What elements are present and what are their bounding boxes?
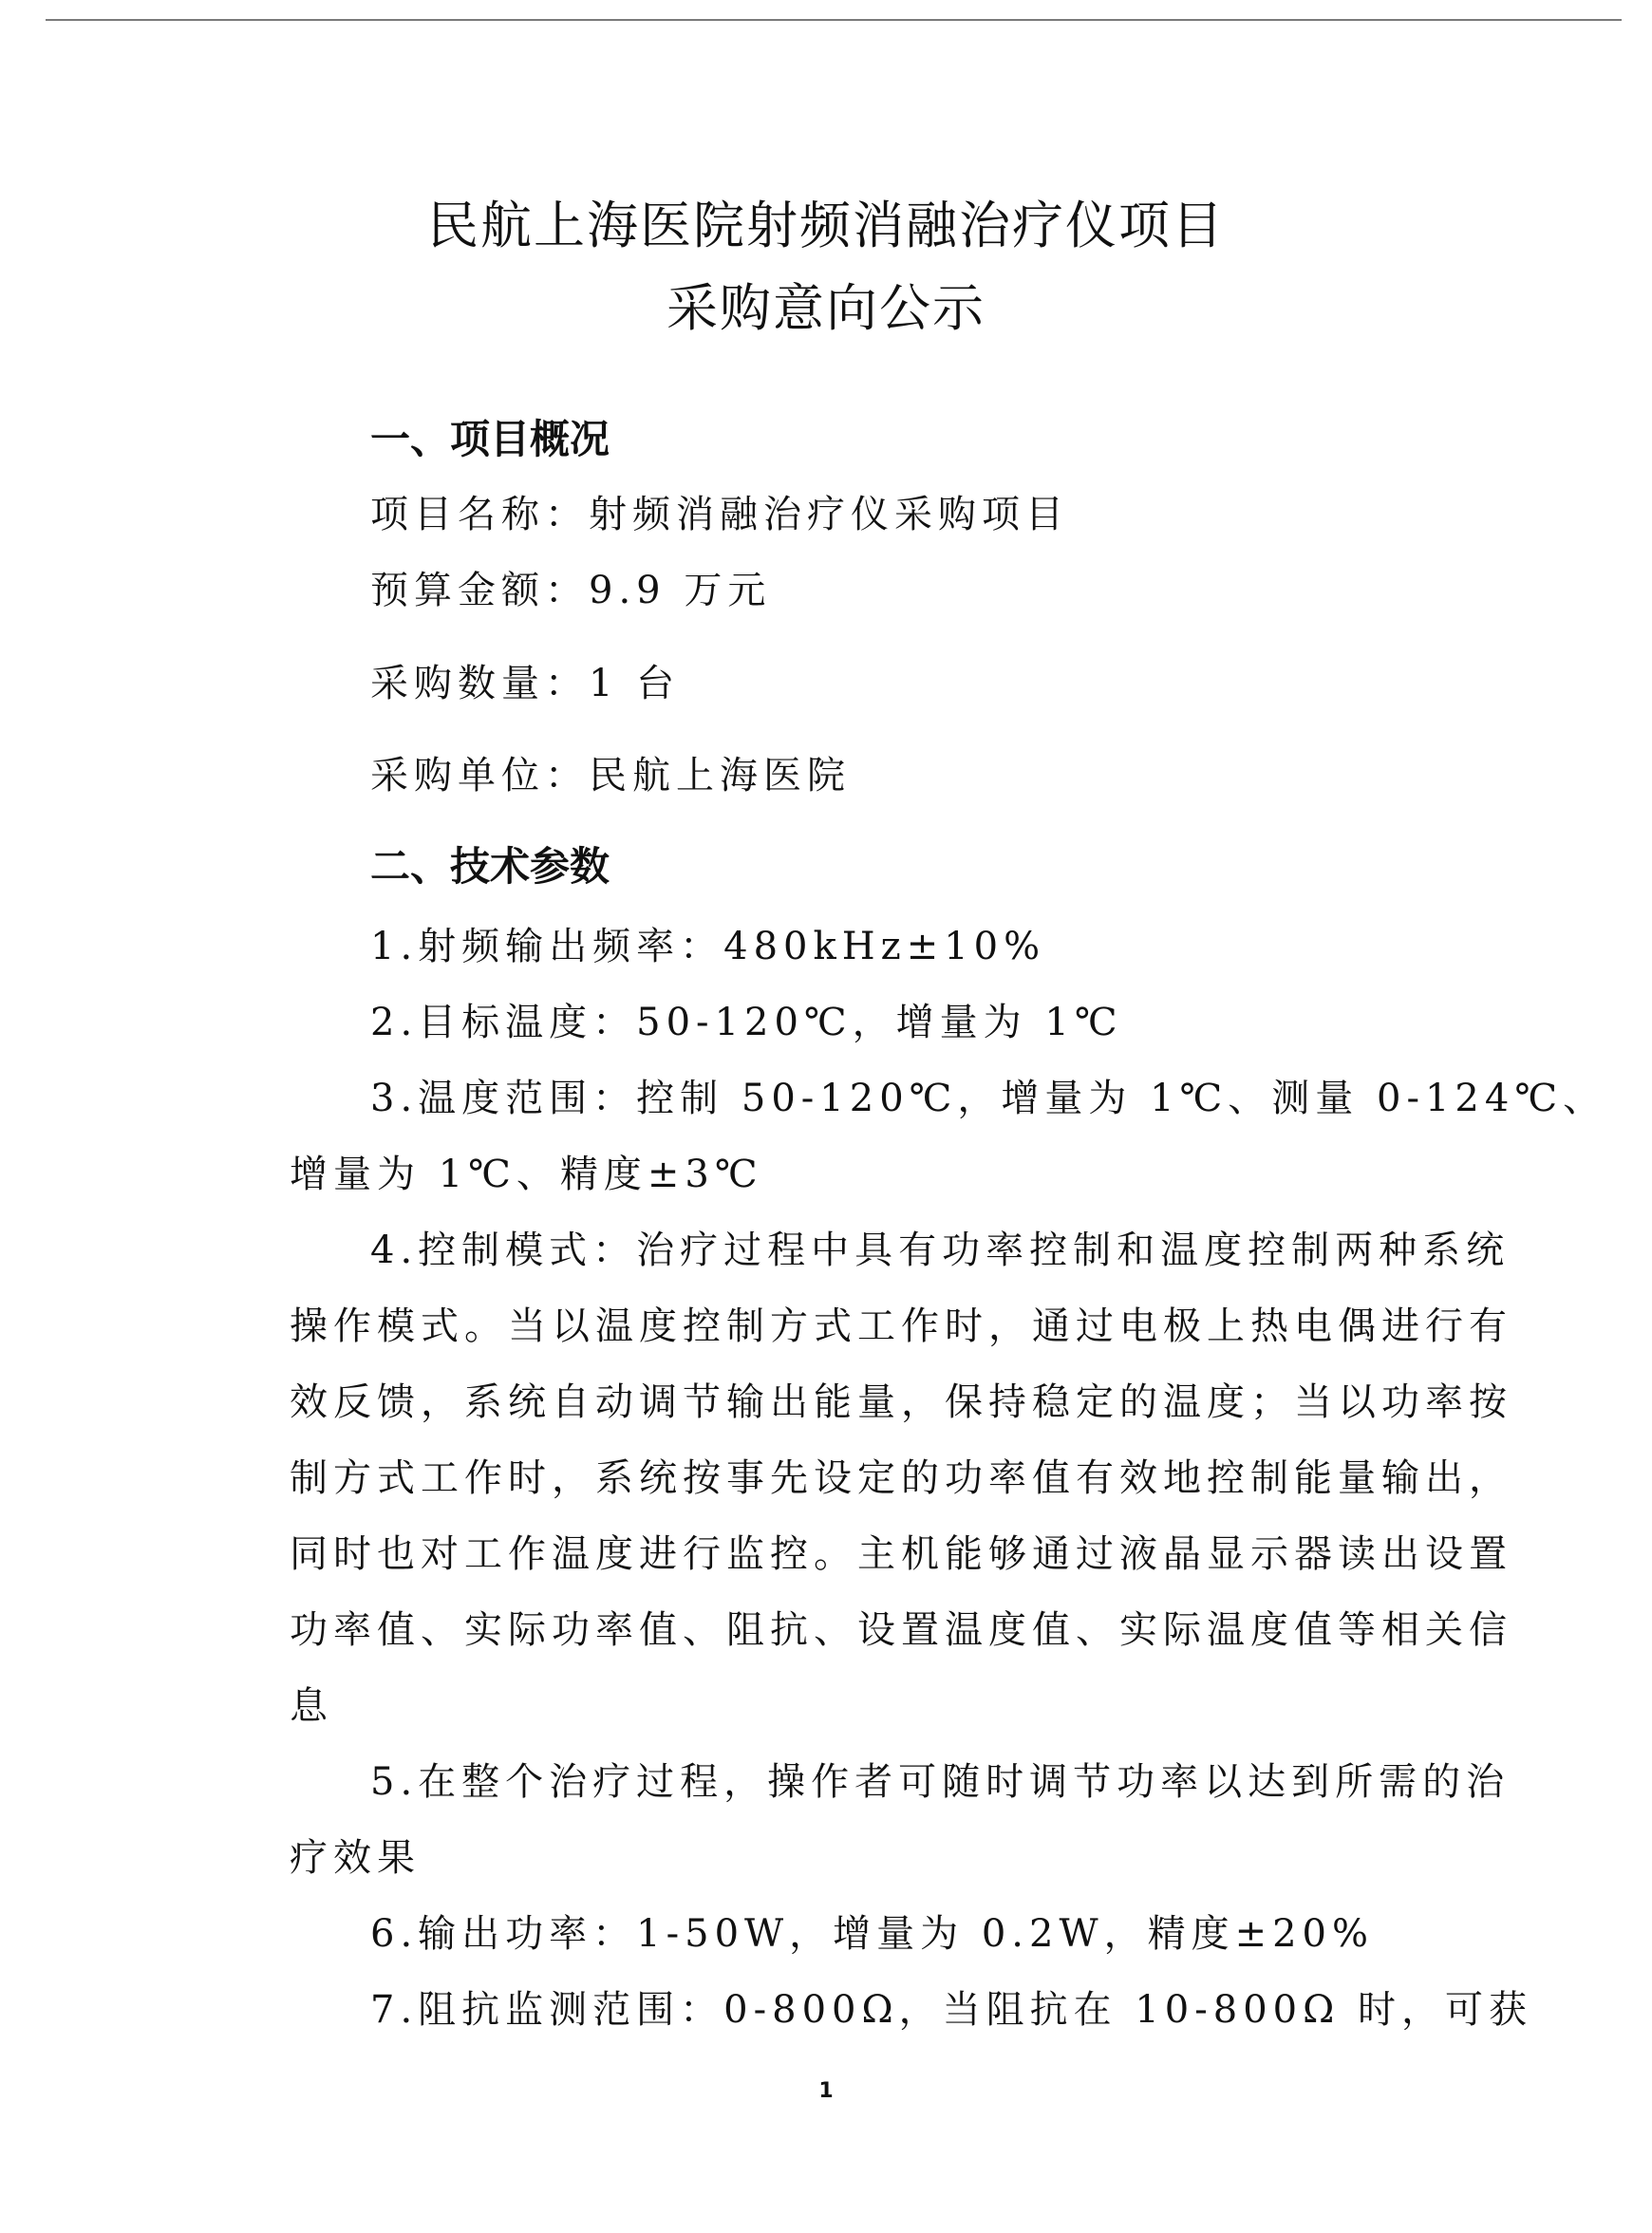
param-line: 2.目标温度：50-120℃，增量为 1℃ xyxy=(370,992,1123,1046)
param-line: 同时也对工作温度进行监控。主机能够通过液晶显示器读出设置 xyxy=(290,1524,1512,1578)
param-line: 7.阻抗监测范围：0-800Ω，当阻抗在 10-800Ω 时，可获 xyxy=(370,1980,1532,2034)
document-title-line1: 民航上海医院射频消融治疗仪项目 xyxy=(0,185,1652,258)
param-line: 制方式工作时，系统按事先设定的功率值有效地控制能量输出， xyxy=(290,1448,1512,1502)
page-number: 1 xyxy=(0,2079,1652,2103)
top-border-line xyxy=(46,19,1622,21)
param-line: 效反馈，系统自动调节输出能量，保持稳定的温度；当以功率按 xyxy=(290,1372,1512,1426)
param-line: 5.在整个治疗过程，操作者可随时调节功率以达到所需的治 xyxy=(370,1752,1510,1806)
param-line: 操作模式。当以温度控制方式工作时，通过电极上热电偶进行有 xyxy=(290,1296,1512,1350)
document-title-line2: 采购意向公示 xyxy=(0,268,1652,341)
section-heading-technical-params: 二、技术参数 xyxy=(370,835,610,892)
project-name: 项目名称：射频消融治疗仪采购项目 xyxy=(370,484,1069,538)
param-line: 3.温度范围：控制 50-120℃，增量为 1℃、测量 0-124℃、 xyxy=(370,1068,1606,1122)
section-heading-overview: 一、项目概况 xyxy=(370,408,610,465)
purchase-quantity: 采购数量：1 台 xyxy=(370,653,680,707)
param-line: 息 xyxy=(290,1676,333,1730)
budget-amount: 预算金额：9.9 万元 xyxy=(370,560,771,614)
param-line: 功率值、实际功率值、阻抗、设置温度值、实际温度值等相关信 xyxy=(290,1600,1512,1654)
param-line: 6.输出功率：1-50W，增量为 0.2W，精度±20% xyxy=(370,1904,1374,1958)
param-line: 疗效果 xyxy=(290,1828,421,1882)
purchasing-unit: 采购单位：民航上海医院 xyxy=(370,745,851,799)
param-line: 4.控制模式：治疗过程中具有功率控制和温度控制两种系统 xyxy=(370,1220,1510,1274)
param-line: 1.射频输出频率：480kHz±10% xyxy=(370,916,1045,970)
param-line: 增量为 1℃、精度±3℃ xyxy=(290,1144,763,1198)
